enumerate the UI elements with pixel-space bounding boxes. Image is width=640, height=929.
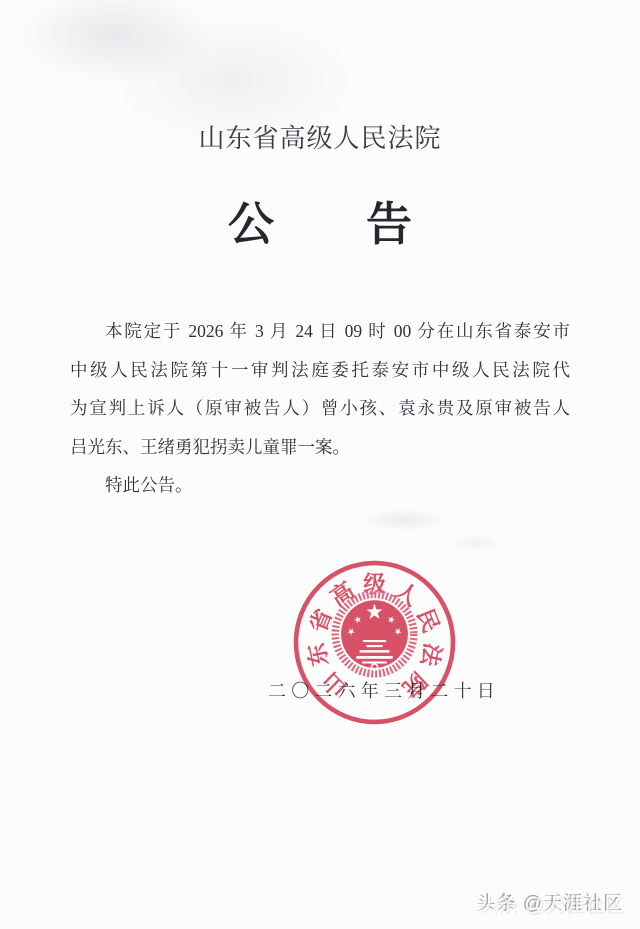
court-announcement-document: 山东省高级人民法院 公 告 本院定于 2026 年 3 月 24 日 09 时 … <box>0 0 640 929</box>
notice-title: 公 告 <box>0 200 640 250</box>
seal-arc-char: 山 <box>318 667 351 701</box>
notice-title-char-gong: 公 <box>228 200 274 250</box>
body-line-1: 本院定于 2026 年 3 月 24 日 09 时 00 分在山东省泰安市 <box>70 312 570 351</box>
court-name-heading: 山东省高级人民法院 <box>0 124 640 154</box>
body-line-4: 吕光东、王绪勇犯拐卖儿童罪一案。 <box>70 428 570 467</box>
seal-arc-char: 院 <box>398 667 432 701</box>
body-line-3: 为宣判上诉人（原审被告人）曾小孩、袁永贵及原审被告人 <box>70 389 570 428</box>
official-court-seal: 山 东 省 高 级 人 民 法 院 <box>291 558 458 727</box>
notice-title-char-gao: 告 <box>366 200 412 250</box>
body-line-2: 中级人民法院第十一审判法庭委托泰安市中级人民法院代 <box>70 351 570 390</box>
seal-arc-char: 人 <box>390 577 423 611</box>
closing-line: 特此公告。 <box>70 466 570 505</box>
announcement-body: 本院定于 2026 年 3 月 24 日 09 时 00 分在山东省泰安市 中级… <box>70 312 570 505</box>
national-emblem-icon <box>335 594 413 673</box>
seal-arc-char: 东 <box>304 641 333 669</box>
watermark-toutiao-tianya: 头条 @天涯社区 <box>478 895 625 917</box>
seal-arc-char: 法 <box>416 641 445 669</box>
